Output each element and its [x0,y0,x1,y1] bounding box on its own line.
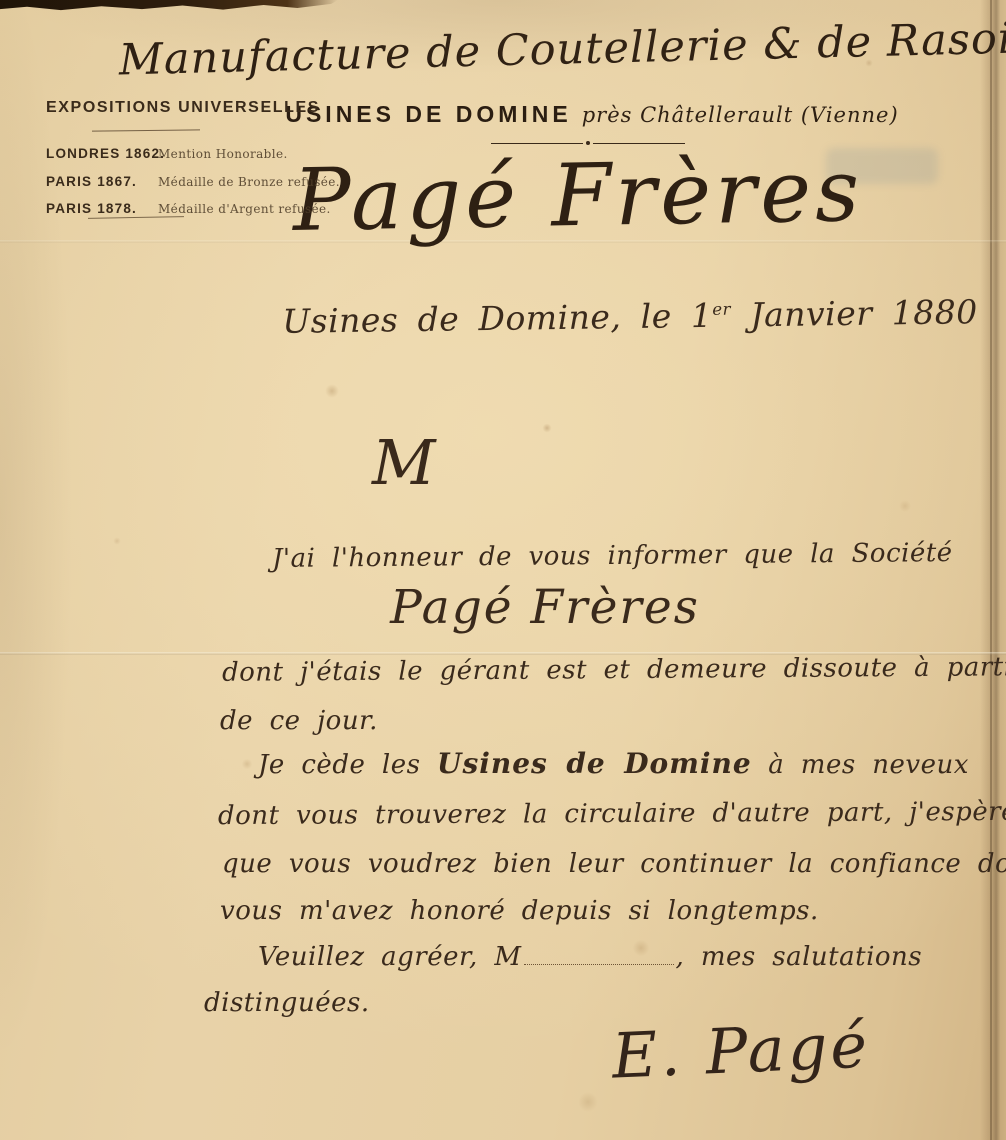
letter-line: de ce jour. [220,706,378,736]
letter-line-intro: J'ai l'honneur de vous informer que la S… [272,538,953,574]
exposition-award: Médaille de Bronze refusée. [158,175,340,189]
closing-after-blank: , mes salutations [676,942,923,972]
dateline: Usines de Domine, le 1er Janvier 1880 [282,292,978,341]
letter-line-closing: Veuillez agréer, M, mes salutations [258,938,922,972]
company-name-script: Pagé Frères [292,141,864,251]
exposition-award: Médaille d'Argent refusée. [158,202,331,216]
usines-line: USINES DE DOMINEprès Châtellerault (Vien… [285,101,898,128]
dateline-ordinal: er [712,300,731,319]
dateline-text: Usines de Domine, le 1 [282,296,713,341]
letter-page: Manufacture de Coutellerie & de Rasoirs … [0,0,1006,1140]
masthead-script-title: Manufacture de Coutellerie & de Rasoirs [118,13,1006,86]
expositions-divider-bottom [88,216,184,219]
binding-edge [0,0,338,13]
signature: E. Pagé [611,1008,872,1092]
letter-line: distinguées. [204,988,370,1018]
page-edge-crease [990,0,992,1140]
exposition-row: PARIS 1867. Médaille de Bronze refusée. [46,174,340,189]
letter-line: vous m'avez honoré depuis si longtemps. [220,896,819,926]
letter-line: dont j'étais le gérant est et demeure di… [222,652,1006,688]
salutation-m: M [372,426,436,499]
usines-location-label: près Châtellerault (Vienne) [582,103,899,127]
cede-tail: à mes neveux [752,750,969,780]
exposition-row: PARIS 1878. Médaille d'Argent refusée. [46,201,331,216]
ornament-line-left [491,143,583,144]
cede-lead: Je cède les [258,750,437,780]
letter-line: dont vous trouverez la circulaire d'autr… [218,797,1006,831]
exposition-award: Mention Honorable. [158,147,288,161]
exposition-event: LONDRES 1862. [46,146,158,161]
expositions-heading: EXPOSITIONS UNIVERSELLES [46,99,320,117]
expositions-divider-top [92,129,200,131]
usines-caps-label: USINES DE DOMINE [285,101,571,127]
society-name-script: Pagé Frères [390,580,700,635]
letter-line-cede: Je cède les Usines de Domine à mes neveu… [258,747,969,780]
ornament-line-right [593,143,685,144]
fill-in-blank [524,938,674,965]
letter-line: que vous voudrez bien leur continuer la … [222,849,1006,879]
ornament-dot [586,141,590,145]
exposition-row: LONDRES 1862. Mention Honorable. [46,146,288,161]
closing-before-blank: Veuillez agréer, M [258,942,522,972]
dateline-text: Janvier 1880 [731,292,978,334]
exposition-event: PARIS 1867. [46,174,158,189]
exposition-event: PARIS 1878. [46,201,158,216]
page-edge-shadow [980,0,1006,1140]
emphasis-usines-de-domine: Usines de Domine [437,747,752,780]
